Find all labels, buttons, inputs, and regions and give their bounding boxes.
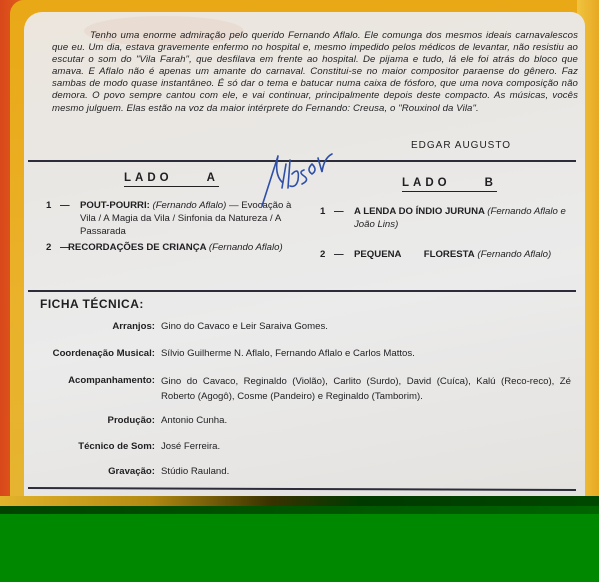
track-number: 1	[46, 199, 51, 212]
credit-value: Gino do Cavaco e Leir Saraiva Gomes.	[161, 320, 571, 333]
side-a-letter: A	[207, 172, 219, 184]
side-a-track-2: 2 — RECORDAÇÕES DE CRIANÇA (Fernando Afl…	[46, 241, 296, 269]
divider-middle	[28, 290, 576, 292]
track-title: POUT-POURRI:	[80, 200, 150, 211]
credit-label: Arranjos:	[112, 320, 155, 333]
side-a-label: LADO	[124, 172, 173, 184]
credit-value: Stúdio Rauland.	[161, 465, 571, 478]
liner-notes-author: EDGAR AUGUSTO	[411, 140, 511, 151]
track-title: A LENDA DO ÍNDIO JURUNA	[354, 206, 485, 217]
side-b-label: LADO	[402, 177, 451, 189]
side-a-heading: LADOA	[124, 172, 219, 187]
track-composer: (Fernando Aflalo)	[153, 200, 227, 211]
divider-bottom	[28, 487, 576, 490]
liner-notes-text: Tenho uma enorme admiração pelo querido …	[52, 30, 578, 115]
track-dash: —	[334, 205, 344, 218]
track-number: 2	[320, 248, 325, 261]
credit-label: Produção:	[108, 414, 155, 427]
credit-label: Acompanhamento:	[68, 374, 155, 387]
record-sleeve-photo: Tenho uma enorme admiração pelo querido …	[0, 0, 599, 496]
side-b-heading: LADOB	[402, 177, 497, 192]
ficha-tecnica-heading: FICHA TÉCNICA:	[40, 297, 144, 311]
track-composer: (Fernando Aflalo)	[477, 249, 551, 260]
side-b-track-2: 2 — PEQUENA FLORESTA (Fernando Aflalo)	[320, 248, 580, 276]
credit-value: Gino do Cavaco, Reginaldo (Violão), Carl…	[161, 374, 571, 404]
liner-notes-paper: Tenho uma enorme admiração pelo querido …	[24, 12, 585, 496]
credit-value: José Ferreira.	[161, 440, 571, 453]
track-title: PEQUENA FLORESTA	[354, 249, 475, 260]
track-number: 2	[46, 241, 51, 254]
gradient-band-lower	[0, 506, 599, 514]
track-number: 1	[320, 205, 325, 218]
liner-notes-paragraph: Tenho uma enorme admiração pelo querido …	[52, 30, 578, 115]
credit-label: Gravação:	[108, 465, 155, 478]
credit-value: Sílvio Guilherme N. Aflalo, Fernando Afl…	[161, 347, 571, 360]
side-b-track-1: 1 — A LENDA DO ÍNDIO JURUNA (Fernando Af…	[320, 205, 580, 233]
credit-label: Coordenação Musical:	[53, 347, 155, 360]
credit-value: Antonio Cunha.	[161, 414, 571, 427]
side-a-track-1: 1 — POUT-POURRI: (Fernando Aflalo) — Evo…	[46, 199, 296, 241]
credit-label: Técnico de Som:	[78, 440, 155, 453]
track-title: RECORDAÇÕES DE CRIANÇA	[68, 242, 206, 253]
side-b-letter: B	[485, 177, 497, 189]
track-dash: —	[60, 199, 70, 212]
gradient-band	[0, 496, 599, 506]
track-dash: —	[334, 248, 344, 261]
track-composer: (Fernando Aflalo)	[209, 242, 283, 253]
